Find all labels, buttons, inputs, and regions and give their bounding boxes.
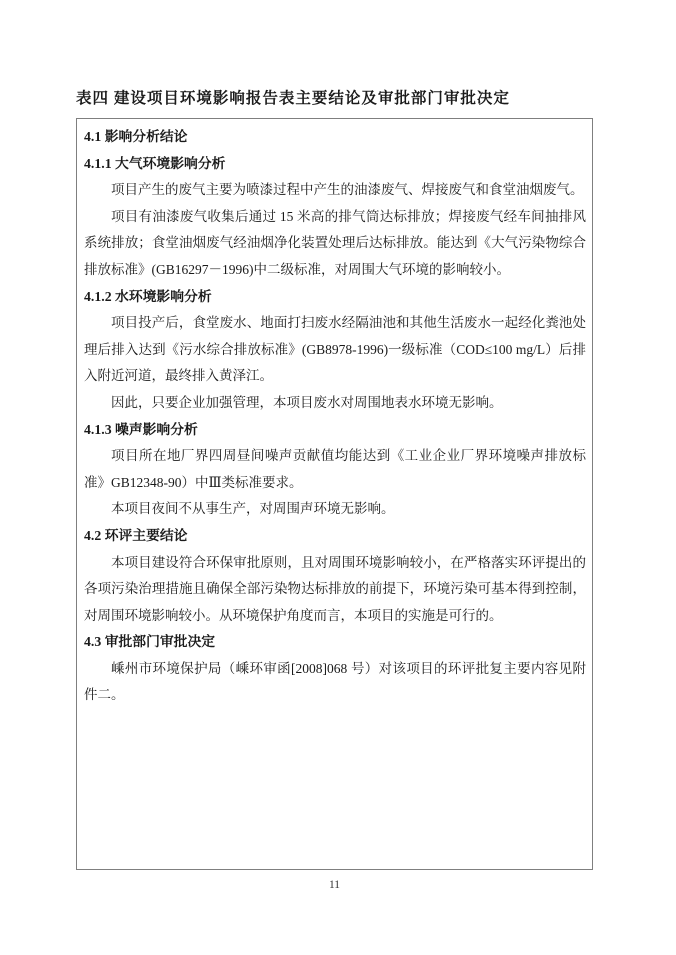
paragraph-eia-conclusion: 本项目建设符合环保审批原则，且对周围环境影响较小，在严格落实环评提出的各项污染治…	[84, 550, 586, 630]
section-heading-4-3: 4.3 审批部门审批决定	[84, 629, 586, 656]
paragraph-air-1: 项目产生的废气主要为喷漆过程中产生的油漆废气、焊接废气和食堂油烟废气。	[84, 177, 586, 204]
page-number: 11	[76, 879, 593, 891]
section-heading-4-1-1: 4.1.1 大气环境影响分析	[84, 151, 586, 178]
section-heading-4-1-2: 4.1.2 水环境影响分析	[84, 284, 586, 311]
paragraph-noise-1: 项目所在地厂界四周昼间噪声贡献值均能达到《工业企业厂界环境噪声排放标准》GB12…	[84, 443, 586, 496]
section-heading-4-2: 4.2 环评主要结论	[84, 523, 586, 550]
table-title: 表四 建设项目环境影响报告表主要结论及审批部门审批决定	[76, 86, 596, 108]
paragraph-water-2: 因此，只要企业加强管理，本项目废水对周围地表水环境无影响。	[84, 390, 586, 417]
paragraph-noise-2: 本项目夜间不从事生产，对周围声环境无影响。	[84, 496, 586, 523]
report-table-box: 4.1 影响分析结论 4.1.1 大气环境影响分析 项目产生的废气主要为喷漆过程…	[76, 118, 593, 870]
paragraph-water-1: 项目投产后，食堂废水、地面打扫废水经隔油池和其他生活废水一起经化粪池处理后排入达…	[84, 310, 586, 390]
paragraph-air-2: 项目有油漆废气收集后通过 15 米高的排气筒达标排放；焊接废气经车间抽排风系统排…	[84, 204, 586, 284]
section-heading-4-1-3: 4.1.3 噪声影响分析	[84, 417, 586, 444]
paragraph-approval-decision: 嵊州市环境保护局（嵊环审函[2008]068 号）对该项目的环评批复主要内容见附…	[84, 656, 586, 709]
section-heading-4-1: 4.1 影响分析结论	[84, 124, 586, 151]
document-page: 表四 建设项目环境影响报告表主要结论及审批部门审批决定 4.1 影响分析结论 4…	[0, 0, 676, 955]
